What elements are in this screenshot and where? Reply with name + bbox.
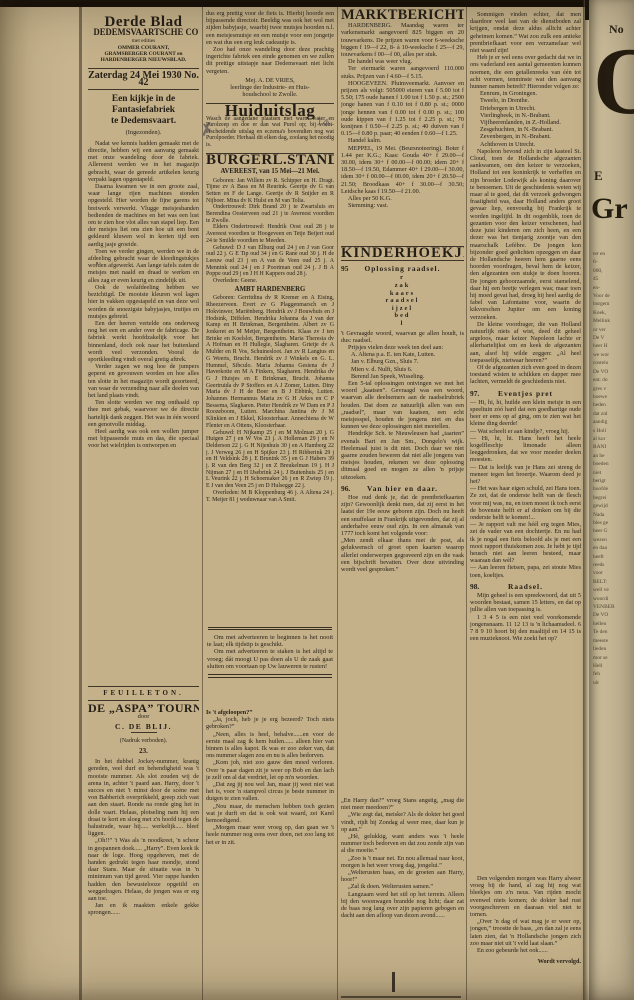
paragraph: 1 3 4 5 is een niet veel voorkomende jon… [470, 614, 581, 643]
gemeente: Eenrum, in Groningen. [470, 90, 581, 97]
letter-pyramid: r zak kaars raadsel ijzel bed l [341, 274, 464, 327]
paragraph: Sommigen vinden echter, dat men daardoor… [470, 11, 581, 54]
adjacent-page-letter-gr: Gr [591, 192, 628, 226]
paragraph: „Oh!!” 't Was als 'n noodkreet, 'n scheu… [88, 837, 199, 902]
paragraph: Gehuwd: D J van Elburg oud 24 j en J van… [206, 245, 334, 279]
paragraph: — Hi, hi, hi, huilde een klein meisje in… [470, 399, 581, 428]
paragraph: — Wat scheelt er aan kindje?, vroeg hij. [470, 428, 581, 435]
article-title-line: Een kijkje in de Fantasiefabriek [88, 94, 199, 116]
paragraph: Gehuwd: H Nijkamp 25 j en M Molman 20 j.… [206, 430, 334, 490]
pyramid-line: ijzel [341, 305, 464, 313]
pyramid-line: l [341, 320, 464, 328]
paragraph: Napoleon bevond zich in zijn kasteel St.… [470, 148, 581, 321]
paragraph: Daarna kwamen we in een groote zaal, waa… [88, 183, 199, 248]
gemeente: Achthoven in Utrecht. [470, 141, 581, 148]
paragraph: Handel kalm. [341, 137, 464, 144]
gemeente: Tweelo, in Drenthe. [470, 97, 581, 104]
paragraph: — Het was haar eigen schuld, zei Hans to… [470, 485, 581, 521]
subsection-number: 96. [341, 485, 361, 492]
prize-winners-list: A. Altena p.a. E. ten Kate, Lutten. Jan … [341, 351, 464, 380]
paragraph: — Je rapport valt me héél erg tegen Mies… [470, 521, 581, 564]
column-2: dus erg prettig voor de fiets is. Hierbi… [206, 7, 334, 1000]
subsection-heading-95: 95 Oplossing raadsel. [341, 265, 464, 272]
paragraph: Of de afgezanten zich even goed in dezen… [470, 364, 581, 386]
paragraph: — Aan leeren fietsen, papa, zei stoute M… [470, 564, 581, 578]
feuilleton-continuation: Den volgenden morgen was Harry alweer vr… [470, 875, 581, 965]
paragraph: Overleden: Geene. [206, 278, 334, 285]
feuilleton-continuation: „En Harry dan?” vroeg Stans angstig, „ma… [341, 797, 464, 919]
article-title-line: te Dedemsvaart. [88, 116, 199, 127]
gemeente: Vijfheerenlanden, in Z.-Holland. [470, 119, 581, 126]
paragraph: Alles per 50 K.G. [341, 195, 464, 202]
winner: Berend Jan Speek, Wisseling. [341, 373, 464, 380]
signature: houdschool te Zwolle. [206, 91, 334, 98]
paragraph: „Dat zeg jij nou wel Jan, maar jij weet … [206, 781, 334, 803]
dateline: Zaterdag 24 Mei 1930 No. 42 [88, 68, 199, 89]
subsection-heading-97: 97. Eventjes pret [470, 390, 581, 397]
ink-speck [392, 972, 395, 992]
winner: Mien v. d. Nulft, Sluis 6. [341, 366, 464, 373]
scan-top-edge [0, 0, 634, 7]
paragraph: — Dat is leelijk van je Hans zei streng … [470, 464, 581, 486]
paragraph: „Welterusten baas, en de groeten aan Har… [341, 869, 464, 883]
paragraph: Heb je er wel eens over gedacht dat we i… [470, 54, 581, 90]
newspaper-scan: Derde Blad DEDEMSVAARTSCHE COURANT met e… [0, 0, 634, 1000]
burgerlijke-stand-body: AVEREEST, van 15 Mei—21 Mei. Geboren: Ja… [206, 167, 334, 583]
paragraph: En zoo gebeurde het ook...... [470, 947, 581, 954]
article-continuation: dus erg prettig voor de fiets is. Hierbi… [206, 10, 334, 98]
subsection-number: 98. [470, 583, 490, 590]
subsection-heading-96: 96. Van hier en daar. [341, 485, 464, 492]
kinderhoekje-section: KINDERHOEKJE. 95 Oplossing raadsel. r za… [341, 243, 464, 573]
feuilleton-title: DE „ASPA” TOURNEE. [88, 705, 199, 712]
paragraph: Is 't afgeloopen?” [206, 709, 334, 716]
article-title: Een kijkje in de Fantasiefabriek te Dede… [88, 94, 199, 127]
paragraph: Overleden: M B Kloppenburg 46 j. A Alten… [206, 490, 334, 503]
article-body: Nadat we kennis hadden gemaakt met de di… [88, 140, 199, 680]
paragraph: Mijn geheel is een spreekwoord, dat uit … [470, 592, 581, 614]
feuilleton-continuation: Is 't afgeloopen?” „Ja, joch, heb je je … [206, 709, 334, 846]
adjacent-page-letter-e: E [594, 168, 603, 184]
masthead-title: DEDEMSVAARTSCHE COURANT [94, 29, 194, 36]
adjacent-page-big-letter: O [593, 34, 634, 129]
paragraph: Ondertrouwd: Dirk Brand 20 j te Zwartslu… [206, 204, 334, 224]
column-rule-1 [202, 7, 203, 1000]
winner: A. Altena p.a. E. ten Kate, Lutten. [341, 351, 464, 358]
place-heading: AMBT HARDENBERG [206, 287, 334, 294]
subsection-title: Oplossing raadsel. [361, 265, 444, 272]
pyramid-line: r [341, 274, 464, 282]
paragraph: Geboren: Jan Willem zv R. Schipper en H.… [206, 178, 334, 205]
subsection-number: 97. [470, 390, 490, 397]
paragraph: „Zoo is 't maar net. En nou allemaal naa… [341, 855, 464, 869]
signature: leerlinge der Industrie- en Huis- [206, 84, 334, 91]
column-4: Sommigen vinden echter, dat men daardoor… [470, 7, 581, 1000]
pyramid-line: zak [341, 282, 464, 290]
column-rule-2 [337, 7, 338, 1000]
paragraph: Ook de wolafdeeling hebben we bezichtigd… [88, 284, 199, 320]
masthead-subtitle: met edities OMMER COURANT, GRAMSBERGER C… [88, 38, 199, 63]
ink-speck [341, 996, 461, 998]
paragraph: Een der heeren vertelde ons onderweg nog… [88, 320, 199, 363]
paragraph: Toen we verder gingen, werden we in de a… [88, 248, 199, 284]
gemeente: Zesgehuchten, in N.-Brabant. [470, 126, 581, 133]
paragraph: „Morgen maar weer vroeg op, dan gaan we … [206, 824, 334, 846]
paragraph: Ter eiermarkt waren aangevoerd 110.000 s… [341, 65, 464, 79]
paragraph: Hendrikje Sch. te Nieuwleusen had „taart… [341, 430, 464, 480]
paragraph: Jan en ik maakten enkele gekke sprongen.… [88, 902, 199, 916]
ad-body: Wasch de aangedane plaatsen met warm wat… [206, 116, 334, 149]
column-1: Derde Blad DEDEMSVAARTSCHE COURANT met e… [88, 7, 199, 1000]
paragraph: Prijsjes vielen deze week ten deel aan: [341, 344, 464, 351]
paragraph: In het dubbel Jockey-nummer, kranig gere… [88, 758, 199, 837]
article-subtitle: (Ingezonden). [88, 129, 199, 136]
gemeente: Zevenbergen, in N.-Brabant. [470, 133, 581, 140]
paragraph: HOOGEVEEN. Pluimveemarkt. Aanvoer en pri… [341, 80, 464, 138]
paragraph: Hoe oud denk je, dat de prentbriefkaarte… [341, 494, 464, 537]
gemeenten-list: Eenrum, in Groningen. Tweelo, in Drenthe… [470, 90, 581, 148]
paragraph: 't Gevraagde woord, waarvan ge allen hou… [341, 330, 464, 344]
divider [208, 677, 332, 678]
feuilleton-author: C. DE BLIJ. [88, 723, 199, 730]
paragraph: De handel was weer vlug. [341, 58, 464, 65]
paragraph: Ten slotte werden we nog onthaald op the… [88, 399, 199, 428]
divider [88, 686, 199, 687]
short-divider [131, 732, 157, 733]
paragraph: dus erg prettig voor de fiets is. Hierbi… [206, 10, 334, 46]
huiduitslag-ad: Huiduitslag Wasch de aangedane plaatsen … [206, 107, 334, 148]
marktberichten-body: HARDENBERG. Maandag waren ter varkensmar… [341, 22, 464, 234]
paragraph: Een 5-tal oplossingen ontvingen we met h… [341, 380, 464, 430]
winner: Jan v. Elburg Gzn., Sluis 7. [341, 358, 464, 365]
divider [208, 674, 332, 675]
paragraph: „Over 'n dag of wat mag je er weer op, j… [470, 918, 581, 947]
pyramid-line: bed [341, 312, 464, 320]
place-heading: AVEREEST, van 15 Mei—21 Mei. [206, 169, 334, 176]
ad-title: Huiduitslag [206, 107, 334, 114]
ink-speck [96, 262, 98, 264]
kinderhoekje-continuation: Sommigen vinden echter, dat men daardoor… [470, 11, 581, 642]
divider [208, 629, 332, 630]
paragraph: „Men zendt elkaar thans met de post, als… [341, 537, 464, 573]
subsection-number: 95 [341, 265, 361, 272]
subsection-title: Eventjes pret [490, 390, 561, 397]
notice-paragraph: Om met adverteeren te staken is het alti… [207, 648, 333, 670]
adjacent-page-strip: No O E Gr ter en 6- 000, 45 en- Voor de … [589, 0, 634, 1000]
wordt-vervolgd: Wordt vervolgd. [470, 958, 581, 965]
divider [208, 627, 332, 628]
paragraph: „En Harry dan?” vroeg Stans angstig, „ma… [341, 797, 464, 811]
paragraph: Stemming: vast. [341, 202, 464, 209]
pyramid-line: kaars [341, 290, 464, 298]
paragraph: Verder zagen we nog hoe de jumpers geper… [88, 363, 199, 399]
paragraph: „Hè, gelukkig, want anders was 't heele … [341, 833, 464, 855]
masthead-edition: Derde Blad [88, 19, 199, 26]
feuilleton-header: FEUILLETON. DE „ASPA” TOURNEE. door C. D… [88, 683, 199, 917]
paragraph: Heel aardig was ook een wollen jumper me… [88, 428, 199, 450]
feuilleton-chapter: 23. [88, 748, 199, 755]
feuilleton-label: FEUILLETON. [88, 690, 199, 697]
paragraph: MEPPEL, 19 Mei. (Beursnoteering). Boter … [341, 145, 464, 195]
paragraph: Zoo had onze wandeling door deze prachti… [206, 46, 334, 75]
paragraph: Den volgenden morgen was Harry alweer vr… [470, 875, 581, 918]
gemeente: Vierlingbeek, in N.-Brabant. [470, 112, 581, 119]
page-left-fold-line [79, 7, 82, 1000]
feuilleton-note: (Nadruk verboden). [88, 738, 199, 745]
section-title-marktberichten: MARKTBERICHTEN. [341, 12, 464, 19]
paragraph: Geboren: Gerritdina dv R Kremer en A Eis… [206, 295, 334, 429]
paragraph: „Kom joh, niet zoo gauw den moed verlore… [206, 759, 334, 781]
paragraph: Langzaam werd het stil op het terrein. A… [341, 891, 464, 920]
paragraph: „Ja, joch, heb je je erg bezeerd? Toch n… [206, 716, 334, 730]
section-title-kinderhoekje: KINDERHOEKJE. [341, 250, 464, 257]
paragraph: „Zal ik doen. Welterusten samen.” [341, 883, 464, 890]
gemeente: Driebergen in Utrecht. [470, 105, 581, 112]
paragraph: HARDENBERG. Maandag waren ter varkensmar… [341, 22, 464, 58]
paragraph: Elders Ondertrouwd: Hendrik Oost oud 28 … [206, 224, 334, 244]
paragraph: De kleine voordrager, die van Holland na… [470, 321, 581, 364]
section-title-burgerlijke-stand: BURGERL.STAND. [206, 157, 334, 164]
masthead-sub-line: HARDENBERGER NIEUWSBLAD. [88, 57, 199, 63]
pyramid-line: raadsel [341, 297, 464, 305]
paragraph: „Neen, alles is heel, behalve......en vo… [206, 731, 334, 760]
advertising-notice: Om met adverteeren te beginnen is het no… [206, 625, 334, 679]
subsection-title: Raadsel. [490, 583, 561, 590]
subsection-heading-98: 98. Raadsel. [470, 583, 581, 590]
paragraph: „Wie zegt dat, meiske? Als de dokter het… [341, 811, 464, 833]
column-rule-3 [466, 7, 467, 1000]
paragraph: — Hi, hi, hi. Hans heeft het heele kogel… [470, 435, 581, 464]
paragraph: „Nou maar, de menschen hebben toch gezie… [206, 803, 334, 825]
column-3: MARKTBERICHTEN. HARDENBERG. Maandag ware… [341, 7, 464, 1000]
paragraph: Nadat we kennis hadden gemaakt met de di… [88, 140, 199, 183]
signature: Mej. A. DE VRIES, [206, 77, 334, 84]
notice-paragraph: Om met adverteeren te beginnen is het no… [207, 634, 333, 649]
subsection-title: Van hier en daar. [361, 485, 444, 492]
adjacent-page-text-fragments: ter en 6- 000, 45 en- Voor de burgem Koe… [593, 250, 615, 687]
